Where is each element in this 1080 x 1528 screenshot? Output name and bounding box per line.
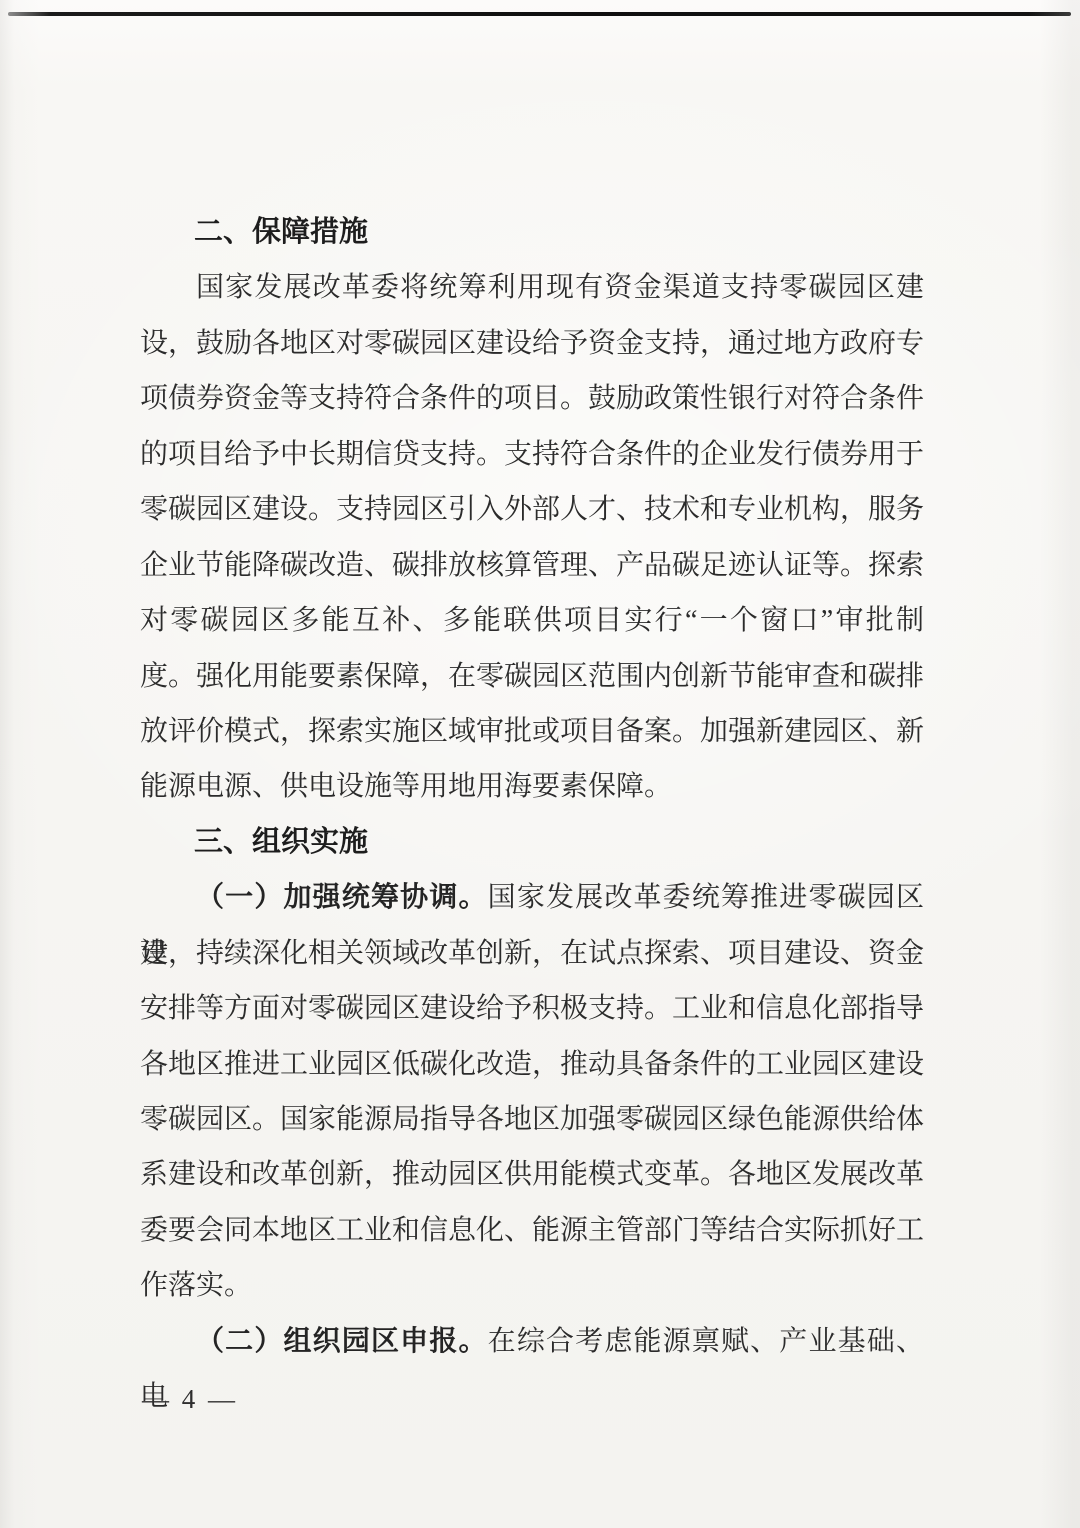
paragraph-line: 能源电源、供电设施等用地用海要素保障。	[140, 759, 924, 814]
paragraph-line: 放评价模式，探索实施区域审批或项目备案。加强新建园区、新	[140, 704, 924, 759]
paragraph-lead: （二）组织园区申报。	[196, 1326, 488, 1357]
paragraph-line: 企业节能降碳改造、碳排放核算管理、产品碳足迹认证等。探索	[140, 538, 924, 593]
paragraph-lead: （一）加强统筹协调。	[196, 882, 488, 913]
paragraph-line: （二）组织园区申报。在综合考虑能源禀赋、产业基础、电	[140, 1314, 924, 1369]
page-number: — 4 —	[142, 1384, 238, 1415]
paragraph-line: 系建设和改革创新，推动园区供用能模式变革。各地区发展改革	[140, 1147, 924, 1202]
section-heading-safeguards: 二、保障措施	[140, 205, 924, 260]
paragraph-line: 度。强化用能要素保障，在零碳园区范围内创新节能审查和碳排	[140, 649, 924, 704]
paragraph-line: 安排等方面对零碳园区建设给予积极支持。工业和信息化部指导	[140, 981, 924, 1036]
section-heading-implementation: 三、组织实施	[140, 815, 924, 870]
text-column: 二、保障措施 国家发展改革委将统筹利用现有资金渠道支持零碳园区建 设，鼓励各地区…	[140, 205, 924, 1369]
paragraph-line: 对零碳园区多能互补、多能联供项目实行“一个窗口”审批制	[140, 593, 924, 648]
paragraph-line: 委要会同本地区工业和信息化、能源主管部门等结合实际抓好工	[140, 1203, 924, 1258]
paragraph-line: 作落实。	[140, 1258, 924, 1313]
paragraph-line: 零碳园区。国家能源局指导各地区加强零碳园区绿色能源供给体	[140, 1092, 924, 1147]
paragraph-line: 国家发展改革委将统筹利用现有资金渠道支持零碳园区建	[140, 260, 924, 315]
scanned-document-page: 二、保障措施 国家发展改革委将统筹利用现有资金渠道支持零碳园区建 设，鼓励各地区…	[0, 0, 1080, 1528]
paragraph-line: 设，持续深化相关领域改革创新，在试点探索、项目建设、资金	[140, 926, 924, 981]
paragraph-line: 各地区推进工业园区低碳化改造，推动具备条件的工业园区建设	[140, 1037, 924, 1092]
paragraph-line: 零碳园区建设。支持园区引入外部人才、技术和专业机构，服务	[140, 482, 924, 537]
paragraph-line: 的项目给予中长期信贷支持。支持符合条件的企业发行债券用于	[140, 427, 924, 482]
paragraph-line: 项债券资金等支持符合条件的项目。鼓励政策性银行对符合条件	[140, 371, 924, 426]
paragraph-line: （一）加强统筹协调。国家发展改革委统筹推进零碳园区建	[140, 870, 924, 925]
paragraph-line: 设，鼓励各地区对零碳园区建设给予资金支持，通过地方政府专	[140, 316, 924, 371]
scan-top-rule	[8, 12, 1071, 16]
